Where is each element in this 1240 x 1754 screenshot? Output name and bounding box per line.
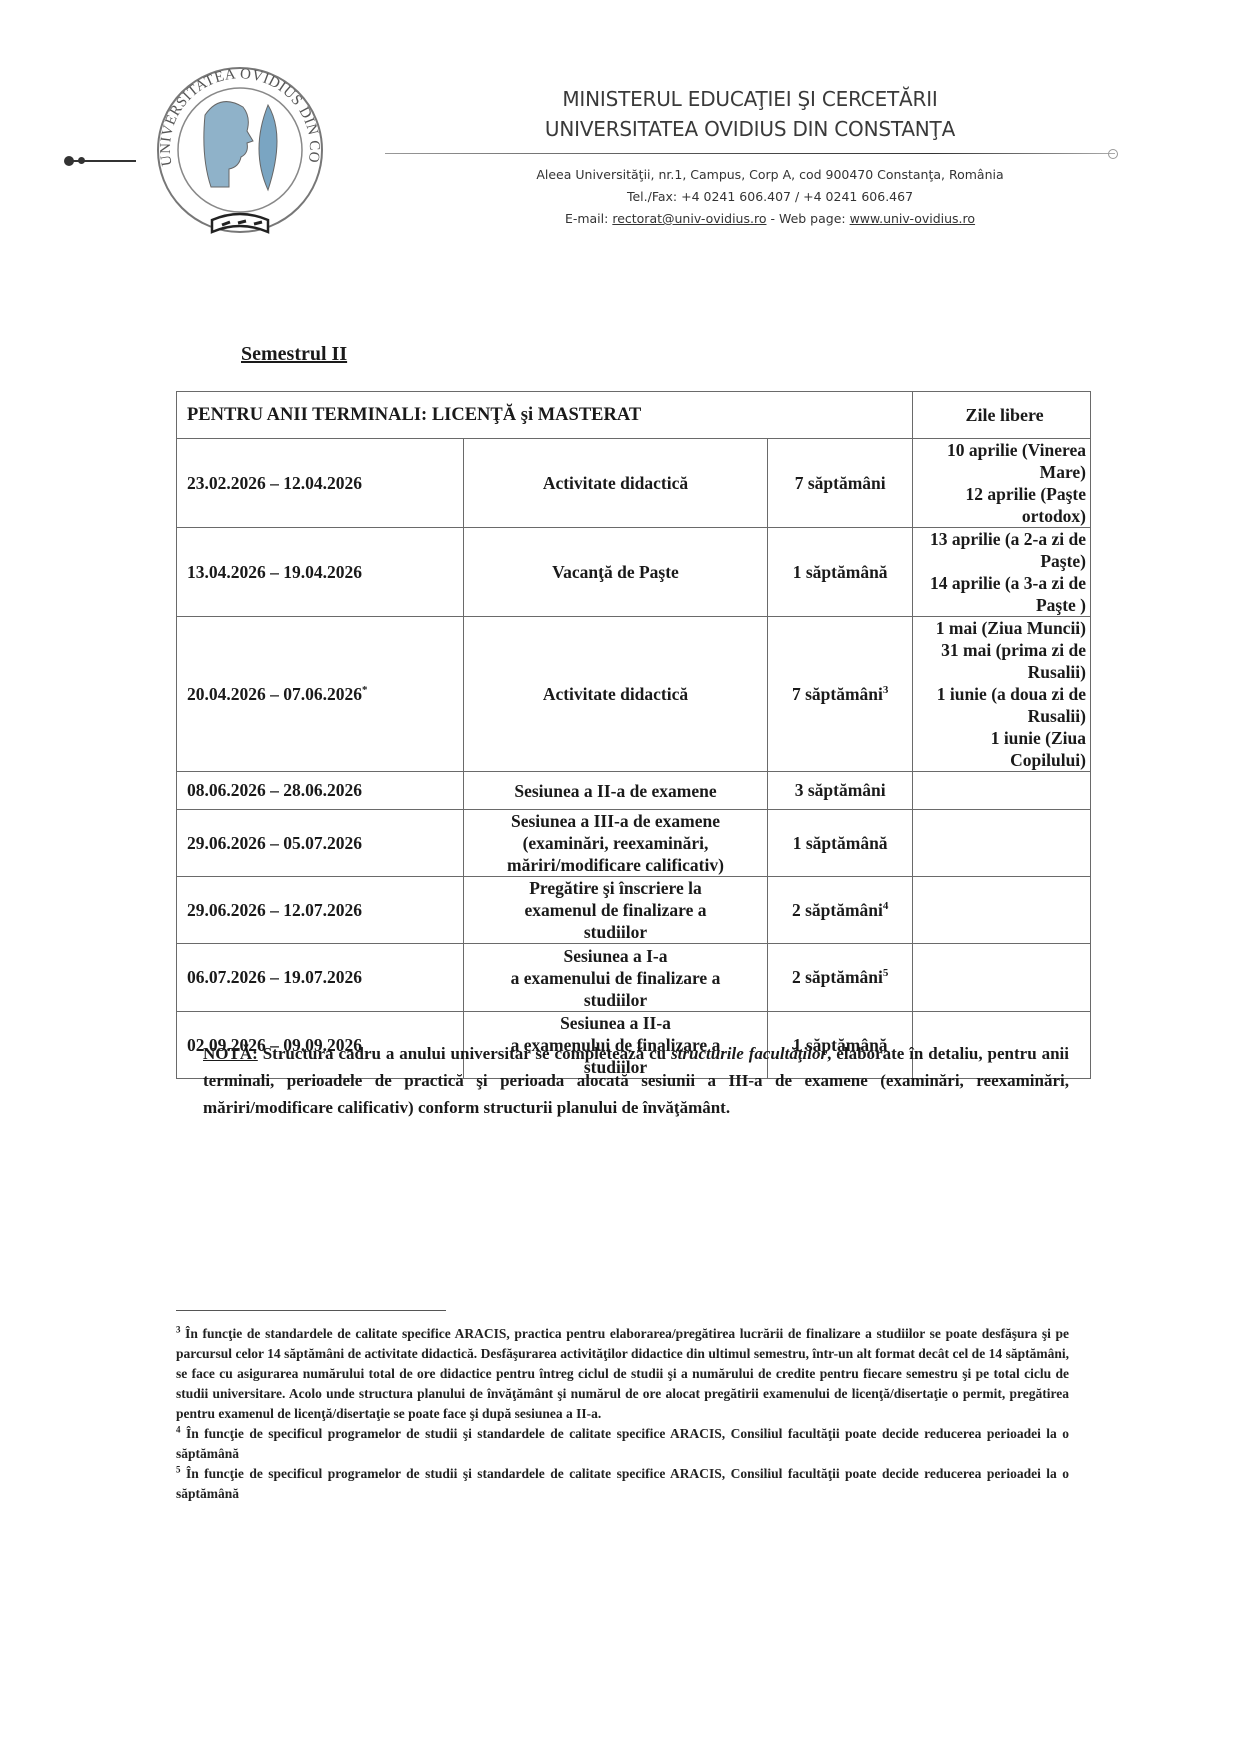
university-name: UNIVERSITATEA OVIDIUS DIN CONSTANŢA [480, 114, 1020, 144]
footnote-ref[interactable]: 4 [883, 900, 889, 912]
email-link[interactable]: rectorat@univ-ovidius.ro [612, 211, 766, 226]
period-cell: 08.06.2026 – 28.06.2026 [177, 772, 464, 810]
footnote-item: 5 În funcţie de specificul programelor d… [176, 1464, 1069, 1504]
free-days-cell: 10 aprilie (Vinerea Mare)12 aprilie (Paş… [913, 439, 1091, 528]
footnotes: 3 În funcţie de standardele de calitate … [176, 1324, 1069, 1504]
letterhead-contact: Aleea Universităţii, nr.1, Campus, Corp … [480, 164, 1060, 230]
table-row: 06.07.2026 – 19.07.2026Sesiunea a I-aa e… [177, 944, 1091, 1012]
footnote-ref[interactable]: 3 [883, 684, 889, 696]
duration-cell: 2 săptămâni5 [768, 944, 913, 1012]
university-seal-logo: UNIVERSITATEA OVIDIUS DIN CONSTANŢA [150, 55, 330, 250]
table-row: 08.06.2026 – 28.06.2026Sesiunea a II-a d… [177, 772, 1091, 810]
table-row: 29.06.2026 – 12.07.2026Pregătire şi însc… [177, 877, 1091, 944]
free-days-cell [913, 772, 1091, 810]
duration-cell: 1 săptămână [768, 528, 913, 617]
email-web-line: E-mail: rectorat@univ-ovidius.ro - Web p… [480, 208, 1060, 230]
table-row: 29.06.2026 – 05.07.2026Sesiunea a III-a … [177, 810, 1091, 877]
table-header-row: PENTRU ANII TERMINALI: LICENŢĂ şi MASTER… [177, 392, 1091, 439]
letterhead-title: MINISTERUL EDUCAŢIEI ŞI CERCETĂRII UNIVE… [480, 84, 1020, 144]
table-row: 20.04.2026 – 07.06.2026*Activitate didac… [177, 617, 1091, 772]
header-ornament-right [1108, 149, 1118, 159]
postal-address: Aleea Universităţii, nr.1, Campus, Corp … [480, 164, 1060, 186]
ministry-name: MINISTERUL EDUCAŢIEI ŞI CERCETĂRII [480, 84, 1020, 114]
header-divider [385, 153, 1115, 154]
duration-cell: 1 săptămână [768, 810, 913, 877]
footnote-separator [176, 1310, 446, 1311]
note-paragraph: NOTĂ: Structura cadru a anului universit… [203, 1040, 1069, 1121]
duration-cell: 2 săptămâni4 [768, 877, 913, 944]
note-text-1: Structura cadru a anului universitar se … [258, 1044, 671, 1063]
table-header-free-days: Zile libere [913, 392, 1091, 439]
footnote-ref[interactable]: 5 [883, 967, 889, 979]
period-cell: 29.06.2026 – 12.07.2026 [177, 877, 464, 944]
table-row: 23.02.2026 – 12.04.2026Activitate didact… [177, 439, 1091, 528]
activity-cell: Pregătire şi înscriere laexamenul de fin… [463, 877, 767, 944]
free-days-cell: 13 aprilie (a 2-a zi de Paşte)14 aprilie… [913, 528, 1091, 617]
activity-cell: Vacanţă de Paşte [463, 528, 767, 617]
table-row: 13.04.2026 – 19.04.2026Vacanţă de Paşte1… [177, 528, 1091, 617]
period-cell: 23.02.2026 – 12.04.2026 [177, 439, 464, 528]
note-emphasis: structurile facultăţilor [671, 1044, 827, 1063]
activity-cell: Activitate didactică [463, 617, 767, 772]
free-days-cell [913, 810, 1091, 877]
schedule-table: PENTRU ANII TERMINALI: LICENŢĂ şi MASTER… [176, 391, 1091, 1079]
note-label: NOTĂ: [203, 1044, 258, 1063]
phone-fax: Tel./Fax: +4 0241 606.407 / +4 0241 606.… [480, 186, 1060, 208]
web-label: - Web page: [766, 211, 849, 226]
header-ornament-left [68, 160, 136, 162]
activity-cell: Sesiunea a I-aa examenului de finalizare… [463, 944, 767, 1012]
period-cell: 29.06.2026 – 05.07.2026 [177, 810, 464, 877]
duration-cell: 3 săptămâni [768, 772, 913, 810]
activity-cell: Activitate didactică [463, 439, 767, 528]
email-label: E-mail: [565, 211, 612, 226]
duration-cell: 7 săptămâni3 [768, 617, 913, 772]
duration-cell: 7 săptămâni [768, 439, 913, 528]
free-days-cell [913, 944, 1091, 1012]
activity-cell: Sesiunea a II-a de examene [463, 772, 767, 810]
table-header-title: PENTRU ANII TERMINALI: LICENŢĂ şi MASTER… [177, 392, 913, 439]
free-days-cell: 1 mai (Ziua Muncii)31 mai (prima zi de R… [913, 617, 1091, 772]
period-cell: 20.04.2026 – 07.06.2026* [177, 617, 464, 772]
period-mark: * [362, 684, 368, 696]
footnote-item: 4 În funcţie de specificul programelor d… [176, 1424, 1069, 1464]
activity-cell: Sesiunea a III-a de examene(examinări, r… [463, 810, 767, 877]
period-cell: 06.07.2026 – 19.07.2026 [177, 944, 464, 1012]
footnote-item: 3 În funcţie de standardele de calitate … [176, 1324, 1069, 1424]
free-days-cell [913, 877, 1091, 944]
section-title: Semestrul II [241, 343, 347, 366]
website-link[interactable]: www.univ-ovidius.ro [850, 211, 975, 226]
period-cell: 13.04.2026 – 19.04.2026 [177, 528, 464, 617]
